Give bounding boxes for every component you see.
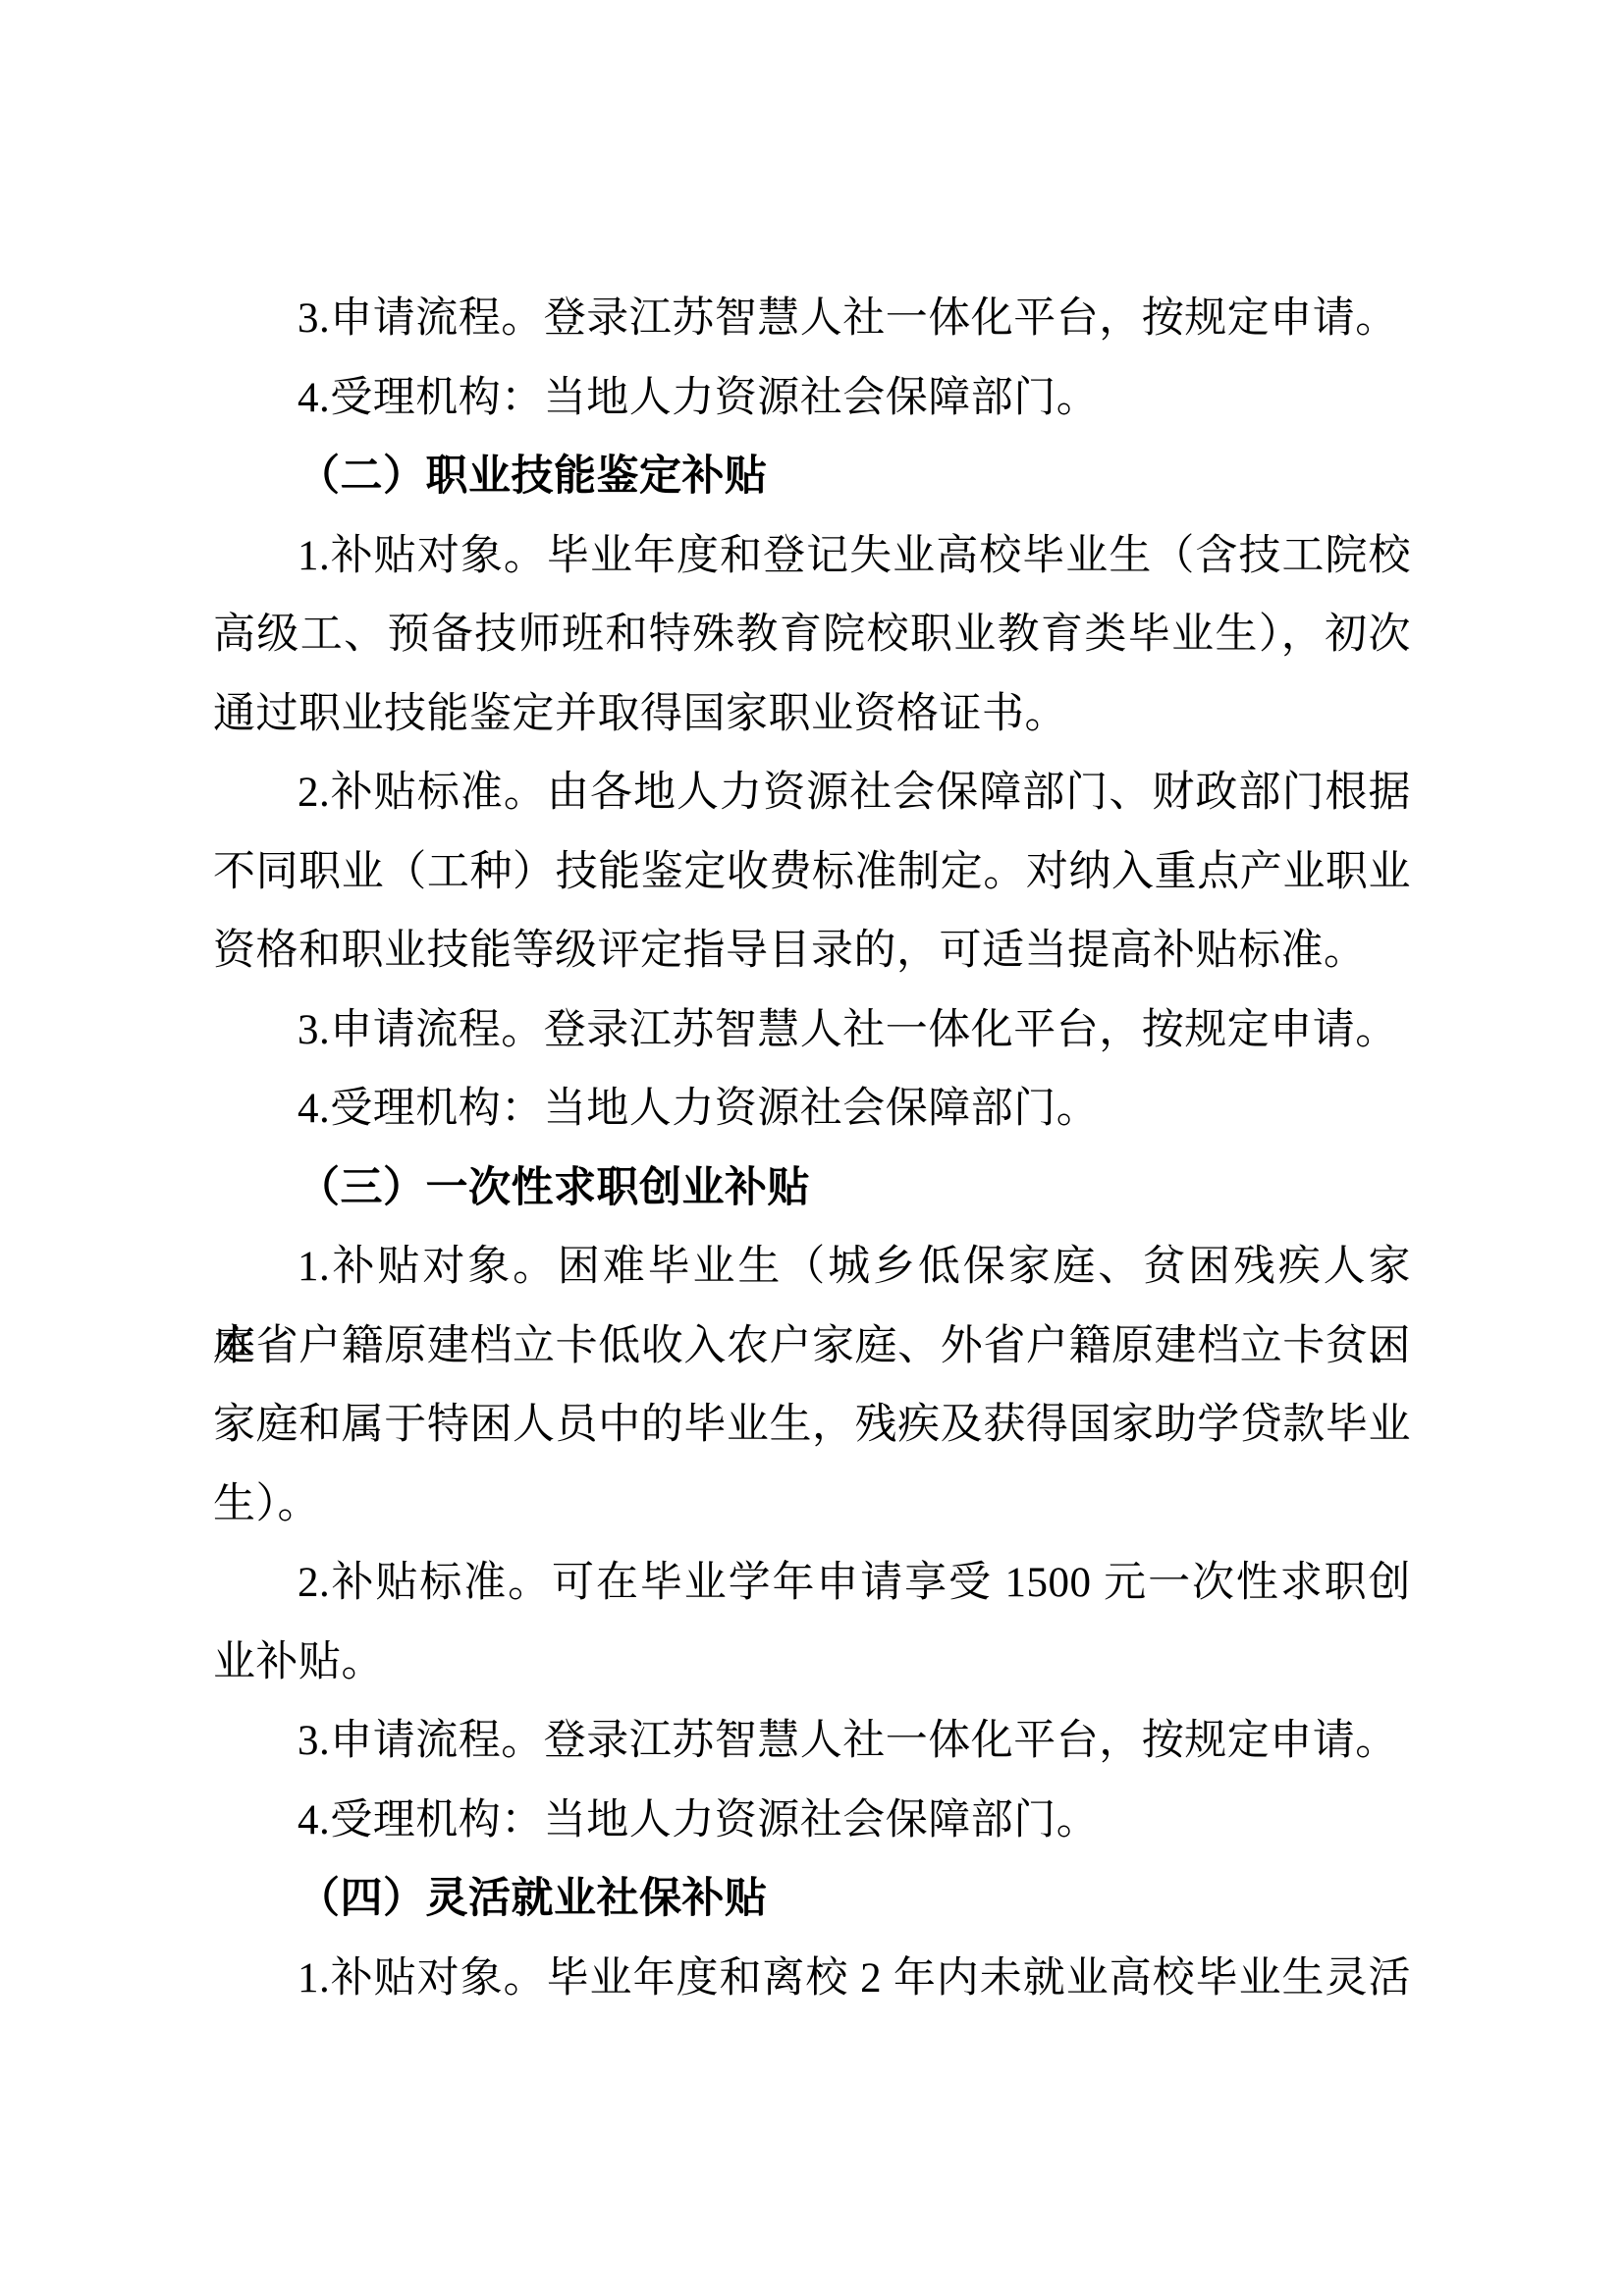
document-text-block: 3.申请流程。登录江苏智慧人社一体化平台，按规定申请。 4.受理机构：当地人力资… [213, 280, 1411, 2018]
text-line: 4.受理机构：当地人力资源社会保障部门。 [213, 1782, 1411, 1861]
text-line: 通过职业技能鉴定并取得国家职业资格证书。 [213, 675, 1411, 755]
text-line: 1.补贴对象。困难毕业生（城乡低保家庭、贫困残疾人家庭、 [213, 1228, 1411, 1308]
text-line: 3.申请流程。登录江苏智慧人社一体化平台，按规定申请。 [213, 280, 1411, 359]
text-line: 生）。 [213, 1466, 1411, 1545]
text-line: 2.补贴标准。由各地人力资源社会保障部门、财政部门根据 [213, 754, 1411, 833]
text-line: 高级工、预备技师班和特殊教育院校职业教育类毕业生），初次 [213, 596, 1411, 675]
text-line: 4.受理机构：当地人力资源社会保障部门。 [213, 359, 1411, 439]
text-line: 1.补贴对象。毕业年度和登记失业高校毕业生（含技工院校 [213, 517, 1411, 597]
text-line: 3.申请流程。登录江苏智慧人社一体化平台，按规定申请。 [213, 991, 1411, 1071]
section-heading: （三）一次性求职创业补贴 [213, 1149, 1411, 1229]
section-heading: （二）职业技能鉴定补贴 [213, 438, 1411, 517]
text-line: 家庭和属于特困人员中的毕业生，残疾及获得国家助学贷款毕业 [213, 1386, 1411, 1466]
text-line: 业补贴。 [213, 1624, 1411, 1703]
text-line: 3.申请流程。登录江苏智慧人社一体化平台，按规定申请。 [213, 1702, 1411, 1782]
document-page: 3.申请流程。登录江苏智慧人社一体化平台，按规定申请。 4.受理机构：当地人力资… [0, 0, 1624, 2296]
text-line: 本省户籍原建档立卡低收入农户家庭、外省户籍原建档立卡贫困 [213, 1308, 1411, 1387]
text-line: 2.补贴标准。可在毕业学年申请享受 1500 元一次性求职创 [213, 1544, 1411, 1624]
text-line: 1.补贴对象。毕业年度和离校 2 年内未就业高校毕业生灵活 [213, 1940, 1411, 2019]
text-line: 不同职业（工种）技能鉴定收费标准制定。对纳入重点产业职业 [213, 833, 1411, 913]
section-heading: （四）灵活就业社保补贴 [213, 1860, 1411, 1940]
text-line: 资格和职业技能等级评定指导目录的，可适当提高补贴标准。 [213, 912, 1411, 991]
text-line: 4.受理机构：当地人力资源社会保障部门。 [213, 1070, 1411, 1149]
